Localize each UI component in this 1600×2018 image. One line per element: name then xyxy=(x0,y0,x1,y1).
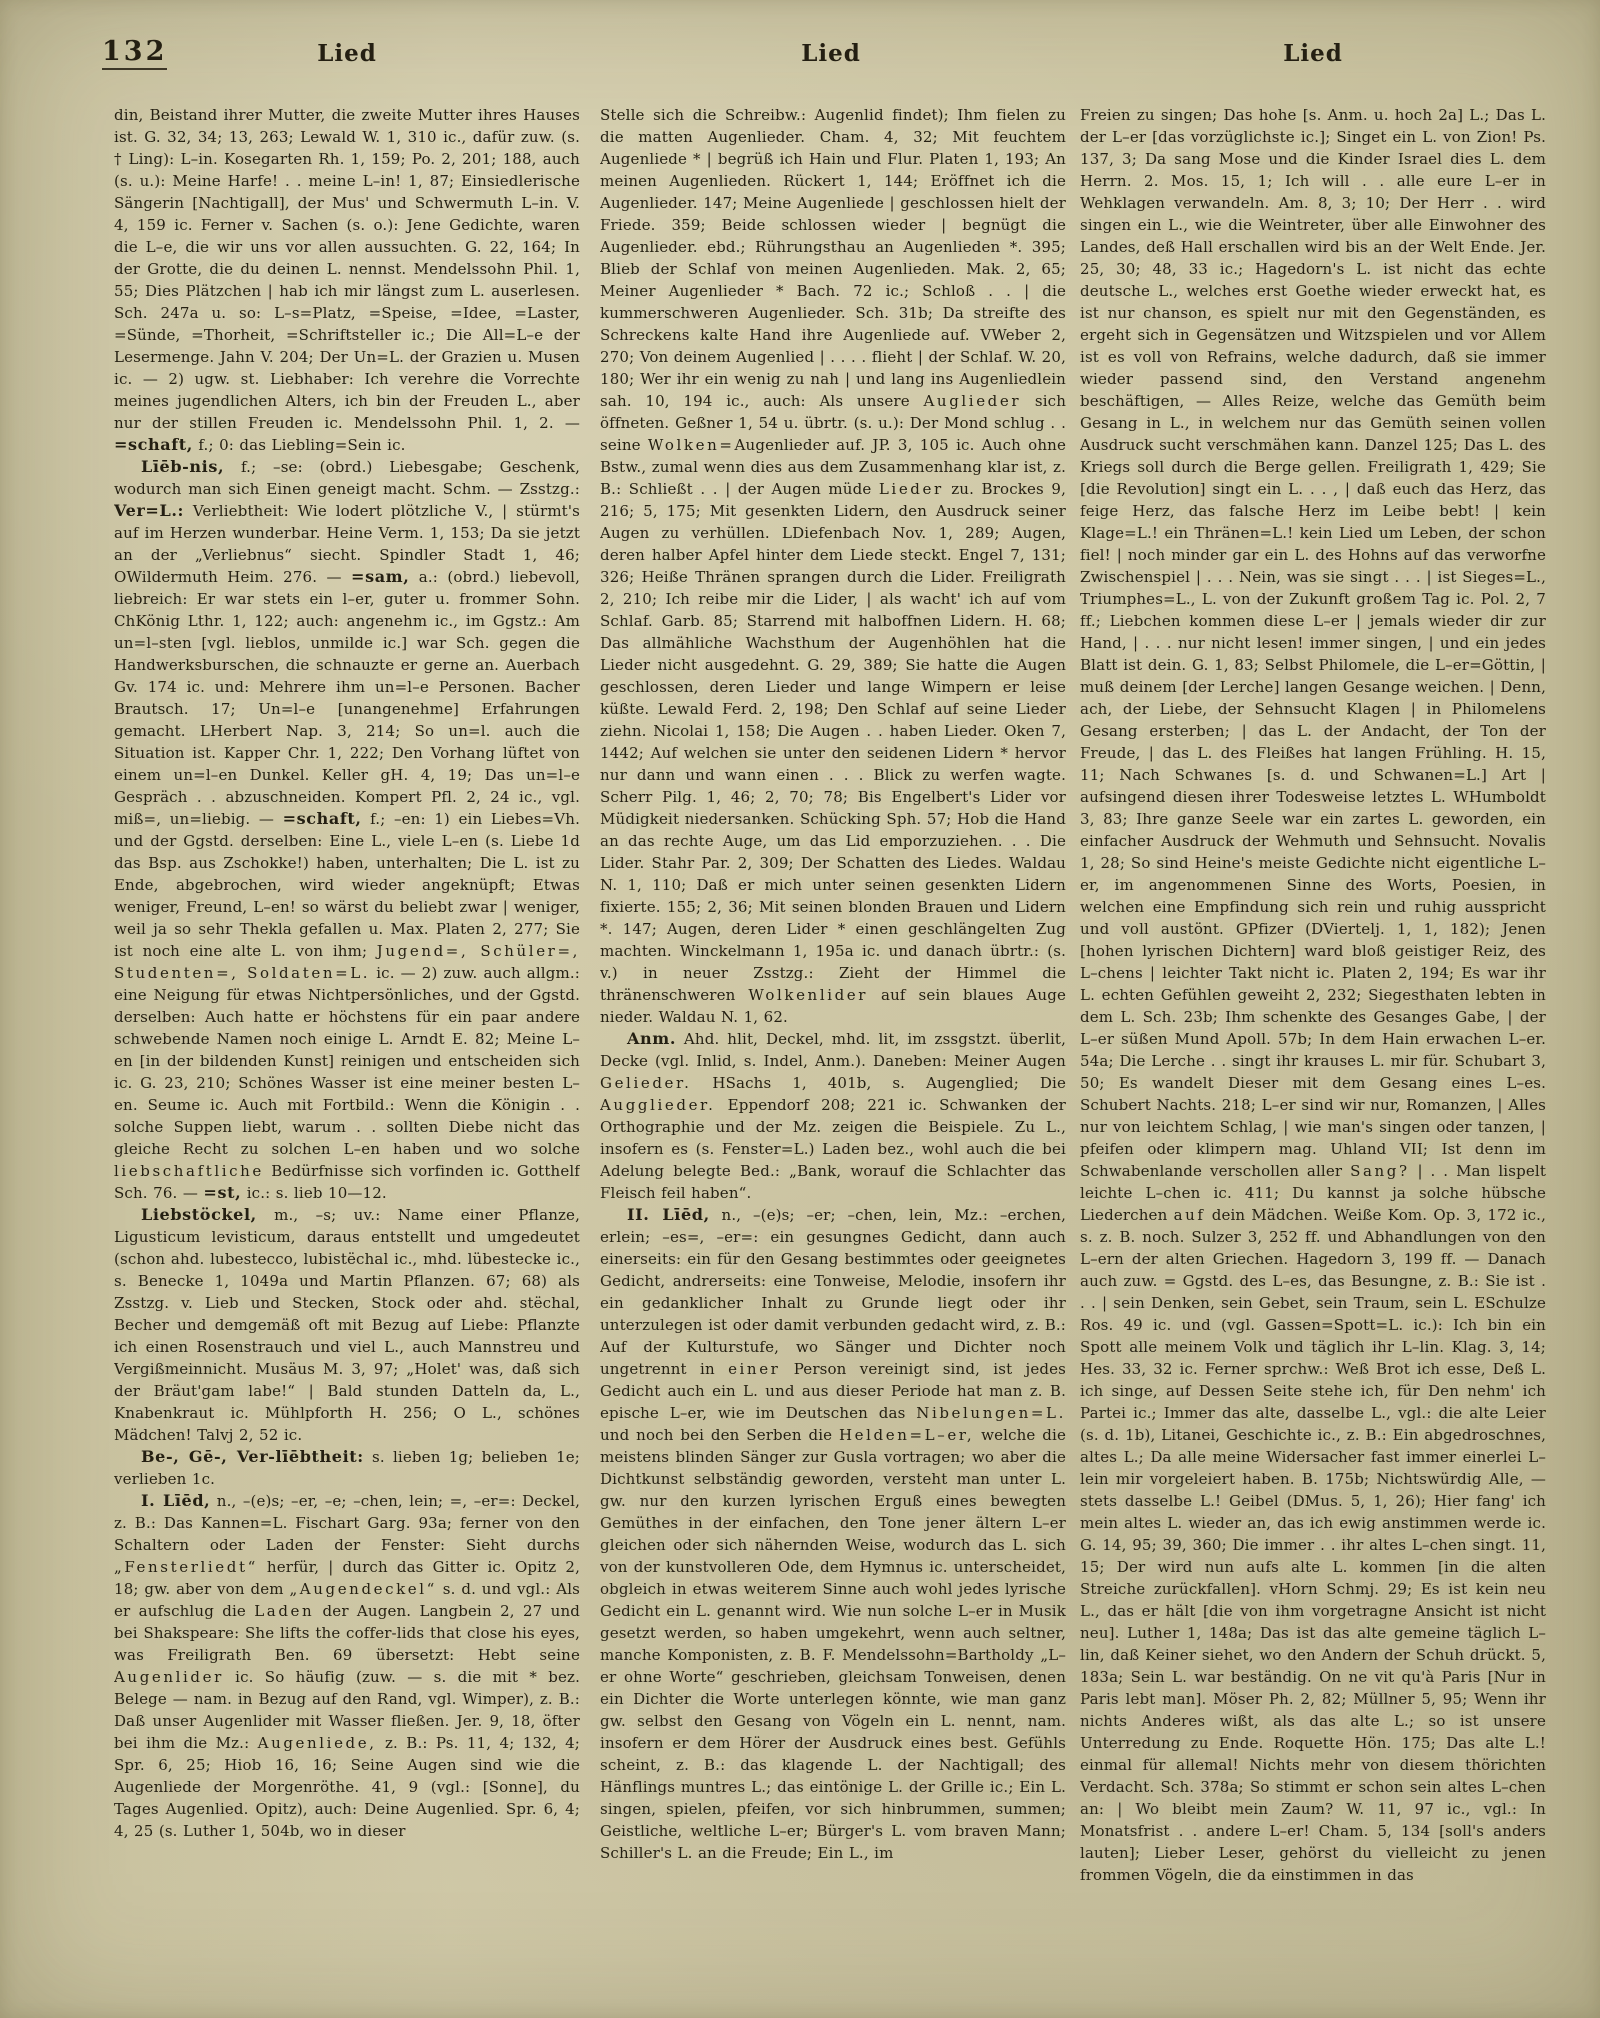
entry-headword: Anm. xyxy=(627,1029,676,1048)
spaced-emphasis: Augenlider xyxy=(114,1668,224,1686)
entry-headword: Be-, Gē-, Ver-līēbtheit: xyxy=(141,1447,364,1466)
body-text: dein Mädchen. Weiße Kom. Op. 3, 172 ic.,… xyxy=(1080,1206,1546,1884)
paragraph: II. Līēd, n., –(e)s; –er; –chen, lein, M… xyxy=(600,1204,1066,1864)
running-head-column-3: Lied xyxy=(1283,40,1343,67)
body-text: zu. Brockes 9, 216; 5, 175; Mit gesenkte… xyxy=(600,480,1066,1004)
spaced-emphasis: Wolkenlider xyxy=(748,986,868,1004)
page-number: 132 xyxy=(102,36,167,70)
entry-headword: II. Līēd, xyxy=(627,1205,710,1224)
body-text: ic.: s. lieb 10—12. xyxy=(241,1184,387,1202)
body-text: f.; 0: das Liebling=Sein ic. xyxy=(193,436,406,454)
spaced-emphasis: „Augendeckel“ xyxy=(289,1580,437,1598)
running-head-column-2: Lied xyxy=(801,40,861,67)
paragraph: I. Līēd, n., –(e)s; –er, –e; –chen, lein… xyxy=(114,1490,580,1842)
spaced-emphasis: Nibelungen=L. xyxy=(916,1404,1066,1422)
text-column-1: din, Beistand ihrer Mutter, die zweite M… xyxy=(114,104,580,1899)
body-text: a.: (obrd.) liebevoll, liebreich: Er war… xyxy=(114,568,580,828)
paragraph: Anm. Ahd. hlit, Deckel, mhd. lit, im zss… xyxy=(600,1028,1066,1204)
entry-headword: =sam, xyxy=(351,567,409,586)
dictionary-page-scan: { "page": { "number": "132", "running_he… xyxy=(0,0,1600,2018)
text-column-3: Freien zu singen; Das hohe [s. Anm. u. h… xyxy=(1080,104,1546,1899)
entry-headword: =st, xyxy=(203,1183,241,1202)
spaced-emphasis: Augglieder. xyxy=(600,1096,716,1114)
body-text: n., –(e)s; –er; –chen, lein, Mz.: –erche… xyxy=(600,1206,1066,1378)
spaced-emphasis: Wolken= xyxy=(648,436,735,454)
paragraph: Liebstöckel, m., –s; uv.: Name einer Pfl… xyxy=(114,1204,580,1446)
entry-headword: =schaft, xyxy=(114,435,193,454)
spaced-emphasis: Augenliede, xyxy=(258,1734,377,1752)
entry-headword: Ver=L.: xyxy=(114,501,184,520)
spaced-emphasis: liebschaftliche xyxy=(114,1162,264,1180)
spaced-emphasis: Sang? xyxy=(1350,1162,1410,1180)
entry-headword: Liebstöckel, xyxy=(141,1205,257,1224)
spaced-emphasis: Helden=L–er, xyxy=(839,1426,974,1444)
body-text: ic. — 2) zuw. auch allgm.: eine Neigung … xyxy=(114,964,580,1158)
spaced-emphasis: Laden xyxy=(254,1602,314,1620)
paragraph: Freien zu singen; Das hohe [s. Anm. u. h… xyxy=(1080,104,1546,1886)
entry-headword: I. Līēd, xyxy=(141,1491,210,1510)
spaced-emphasis: auf xyxy=(1174,1206,1206,1224)
body-text: HSachs 1, 401b, s. Augenglied; Die xyxy=(692,1074,1066,1092)
running-head-column-1: Lied xyxy=(317,40,377,67)
body-text: f.; –en: 1) ein Liebes=Vh. und der Ggstd… xyxy=(114,810,580,960)
spaced-emphasis: einer xyxy=(728,1360,780,1378)
body-text: Freien zu singen; Das hohe [s. Anm. u. h… xyxy=(1080,106,1546,1180)
paragraph: Stelle sich die Schreibw.: Augenlid find… xyxy=(600,104,1066,1028)
spaced-emphasis: „Fensterliedt“ xyxy=(114,1558,258,1576)
spaced-emphasis: Gelieder. xyxy=(600,1074,692,1092)
paragraph: din, Beistand ihrer Mutter, die zweite M… xyxy=(114,104,580,456)
body-text: Stelle sich die Schreibw.: Augenlid find… xyxy=(600,106,1066,410)
entry-headword: =schaft, xyxy=(283,809,362,828)
paragraph: Līēb-nis, f.; –se: (obrd.) Liebesgabe; G… xyxy=(114,456,580,1204)
text-column-2: Stelle sich die Schreibw.: Augenlid find… xyxy=(600,104,1066,1899)
body-text: und noch bei den Serben die xyxy=(600,1426,839,1444)
paragraph: Be-, Gē-, Ver-līēbtheit: s. lieben 1g; b… xyxy=(114,1446,580,1490)
spaced-emphasis: Lieder xyxy=(879,480,944,498)
entry-headword: Līēb-nis, xyxy=(141,457,224,476)
body-text: welche die meistens blinden Sänger zur G… xyxy=(600,1426,1066,1862)
spaced-emphasis: Auglieder xyxy=(924,392,1022,410)
body-text: din, Beistand ihrer Mutter, die zweite M… xyxy=(114,106,580,432)
body-text: m., –s; uv.: Name einer Pflanze, Ligusti… xyxy=(114,1206,580,1444)
